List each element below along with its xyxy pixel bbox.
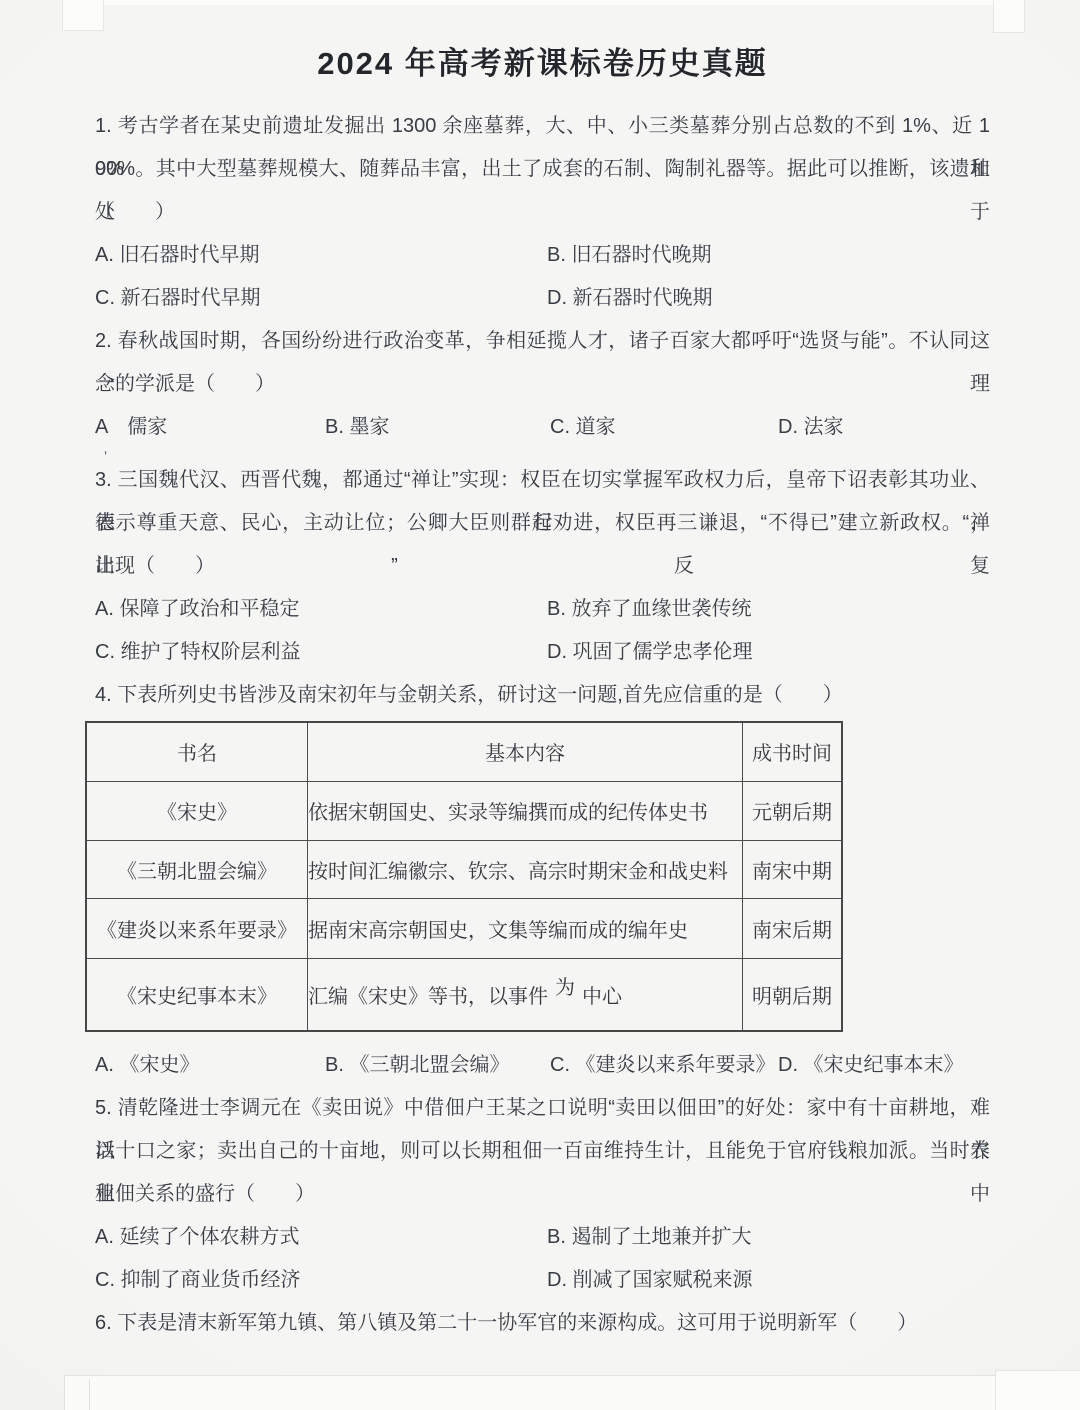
question-3-option-b: B. 放弃了血缘世袭传统 (547, 588, 990, 631)
table-cell-time: 明朝后期 (743, 958, 843, 1031)
table-cell-book: 《三朝北盟会编》 (86, 840, 308, 898)
table-cell-content: 按时间汇编徽宗、钦宗、高宗时期宋金和战史料 (308, 840, 743, 898)
question-2-line: 2. 春秋战国时期，各国纷纷进行政治变革，争相延揽人才，诸子百家大都呼吁“选贤与… (95, 320, 990, 363)
table-header-book: 书名 (86, 722, 308, 781)
scan-corner-top-left (62, 0, 104, 31)
question-2-option-d: D. 法家 (778, 406, 990, 449)
question-5-option-a: A. 延续了个体农耕方式 (95, 1216, 547, 1259)
question-2-options-row: A 儒家 B. 墨家 C. 道家 D. 法家 (95, 406, 990, 449)
question-3: 3. 三国魏代汉、西晋代魏，都通过“禅让”实现：权臣在切实掌握军政权力后，皇帝下… (95, 459, 990, 674)
question-1-option-a: A. 旧石器时代早期 (95, 234, 547, 277)
question-3-option-c: C. 维护了特权阶层利益 (95, 631, 547, 674)
table-cell-time: 南宋中期 (743, 840, 843, 898)
table-header-content: 基本内容 (308, 722, 743, 781)
table-cell-content: 依据宋朝国史、实录等编撰而成的纪传体史书 (308, 781, 743, 840)
question-4: 4. 下表所列史书皆涉及南宋初年与金朝关系，研讨这一问题,首先应信重的是（ ） … (95, 674, 990, 1087)
question-3-options-row: C. 维护了特权阶层利益 D. 巩固了儒学忠孝伦理 (95, 631, 990, 674)
page-title: 2024 年高考新课标卷历史真题 (95, 42, 990, 85)
table-cell-time: 南宋后期 (743, 898, 843, 958)
scan-stray-mark: ’ (104, 448, 107, 464)
table-cell-content: 据南宋高宗朝国史，文集等编而成的编年史 (308, 898, 743, 958)
question-3-line: 表示尊重天意、民心，主动让位；公卿大臣则群起劝进，权臣再三谦退，“不得已”建立新… (95, 502, 990, 545)
question-1: 1. 考古学者在某史前遗址发掘出 1300 余座墓葬，大、中、小三类墓葬分别占总… (95, 105, 990, 320)
question-6-stem: 6. 下表是清末新军第九镇、第八镇及第二十一协军官的来源构成。这可用于说明新军（… (95, 1302, 990, 1345)
question-1-option-b: B. 旧石器时代晚期 (547, 234, 990, 277)
question-4-stem: 4. 下表所列史书皆涉及南宋初年与金朝关系，研讨这一问题,首先应信重的是（ ） (95, 674, 990, 717)
table-row: 《建炎以来系年要录》 据南宋高宗朝国史，文集等编而成的编年史 南宋后期 (86, 898, 842, 958)
question-5-option-c: C. 抑制了商业货币经济 (95, 1259, 547, 1302)
cell-text: 中心 (582, 986, 622, 1008)
table-cell-book: 《宋史纪事本末》 (86, 958, 308, 1031)
history-books-table: 书名 基本内容 成书时间 《宋史》 依据宋朝国史、实录等编撰而成的纪传体史书 元… (85, 721, 843, 1032)
question-5-options-row: A. 延续了个体农耕方式 B. 遏制了土地兼并扩大 (95, 1216, 990, 1259)
question-4-options-row: A. 《宋史》 B. 《三朝北盟会编》 C. 《建炎以来系年要录》 D. 《宋史… (95, 1044, 990, 1087)
table-cell-book: 《建炎以来系年要录》 (86, 898, 308, 958)
table-row: 《宋史》 依据宋朝国史、实录等编撰而成的纪传体史书 元朝后期 (86, 781, 842, 840)
question-5: 5. 清乾隆进士李调元在《卖田说》中借佃户王某之口说明“卖田以佃田”的好处：家中… (95, 1087, 990, 1302)
table-header-time: 成书时间 (743, 722, 843, 781)
question-1-line: 90%。其中大型墓葬规模大、随葬品丰富，出土了成套的石制、陶制礼器等。据此可以推… (95, 148, 990, 191)
scan-top-edge (62, 0, 1022, 5)
table-header-row: 书名 基本内容 成书时间 (86, 722, 842, 781)
question-5-option-b: B. 遏制了土地兼并扩大 (547, 1216, 990, 1259)
cell-text: 汇编《宋史》等书，以事件 (308, 986, 548, 1008)
question-2: 2. 春秋战国时期，各国纷纷进行政治变革，争相延揽人才，诸子百家大都呼吁“选贤与… (95, 320, 990, 449)
question-4-option-d: D. 《宋史纪事本末》 (778, 1044, 990, 1087)
question-5-line: 活十口之家；卖出自己的十亩地，则可以长期租佃一百亩维持生计，且能免于官府钱粮加派… (95, 1130, 990, 1173)
scan-sheet-corner-line (89, 1379, 90, 1410)
question-4-option-b: B. 《三朝北盟会编》 (325, 1044, 550, 1087)
question-3-option-d: D. 巩固了儒学忠孝伦理 (547, 631, 990, 674)
question-1-option-d: D. 新石器时代晚期 (547, 277, 990, 320)
question-3-option-a: A. 保障了政治和平稳定 (95, 588, 547, 631)
scan-next-sheet-edge (64, 1375, 1018, 1410)
question-3-options-row: A. 保障了政治和平稳定 B. 放弃了血缘世袭传统 (95, 588, 990, 631)
table-cell-content: 汇编《宋史》等书，以事件为中心 (308, 958, 743, 1031)
question-1-line: 1. 考古学者在某史前遗址发掘出 1300 余座墓葬，大、中、小三类墓葬分别占总… (95, 105, 990, 148)
scan-corner-bottom-right (995, 1370, 1080, 1410)
question-2-option-c: C. 道家 (550, 406, 778, 449)
table-row: 《三朝北盟会编》 按时间汇编徽宗、钦宗、高宗时期宋金和战史料 南宋中期 (86, 840, 842, 898)
exam-document-page: 2024 年高考新课标卷历史真题 1. 考古学者在某史前遗址发掘出 1300 余… (0, 0, 1080, 1410)
question-5-option-d: D. 削减了国家赋税来源 (547, 1259, 990, 1302)
cell-raised-char: 为 (555, 971, 575, 1000)
question-1-option-c: C. 新石器时代早期 (95, 277, 547, 320)
table-row: 《宋史纪事本末》 汇编《宋史》等书，以事件为中心 明朝后期 (86, 958, 842, 1031)
question-5-options-row: C. 抑制了商业货币经济 D. 削减了国家赋税来源 (95, 1259, 990, 1302)
table-cell-book: 《宋史》 (86, 781, 308, 840)
question-2-option-b: B. 墨家 (325, 406, 550, 449)
question-2-option-a: A 儒家 (95, 406, 325, 449)
question-1-options-row: C. 新石器时代早期 D. 新石器时代晚期 (95, 277, 990, 320)
question-1-options-row: A. 旧石器时代早期 B. 旧石器时代晚期 (95, 234, 990, 277)
table-cell-time: 元朝后期 (743, 781, 843, 840)
question-6: 6. 下表是清末新军第九镇、第八镇及第二十一协军官的来源构成。这可用于说明新军（… (95, 1302, 990, 1345)
scan-corner-top-right (993, 0, 1025, 33)
question-5-line: 5. 清乾隆进士李调元在《卖田说》中借佃户王某之口说明“卖田以佃田”的好处：家中… (95, 1087, 990, 1130)
question-3-line: 3. 三国魏代汉、西晋代魏，都通过“禅让”实现：权臣在切实掌握军政权力后，皇帝下… (95, 459, 990, 502)
question-4-option-a: A. 《宋史》 (95, 1044, 325, 1087)
question-4-option-c: C. 《建炎以来系年要录》 (550, 1044, 778, 1087)
